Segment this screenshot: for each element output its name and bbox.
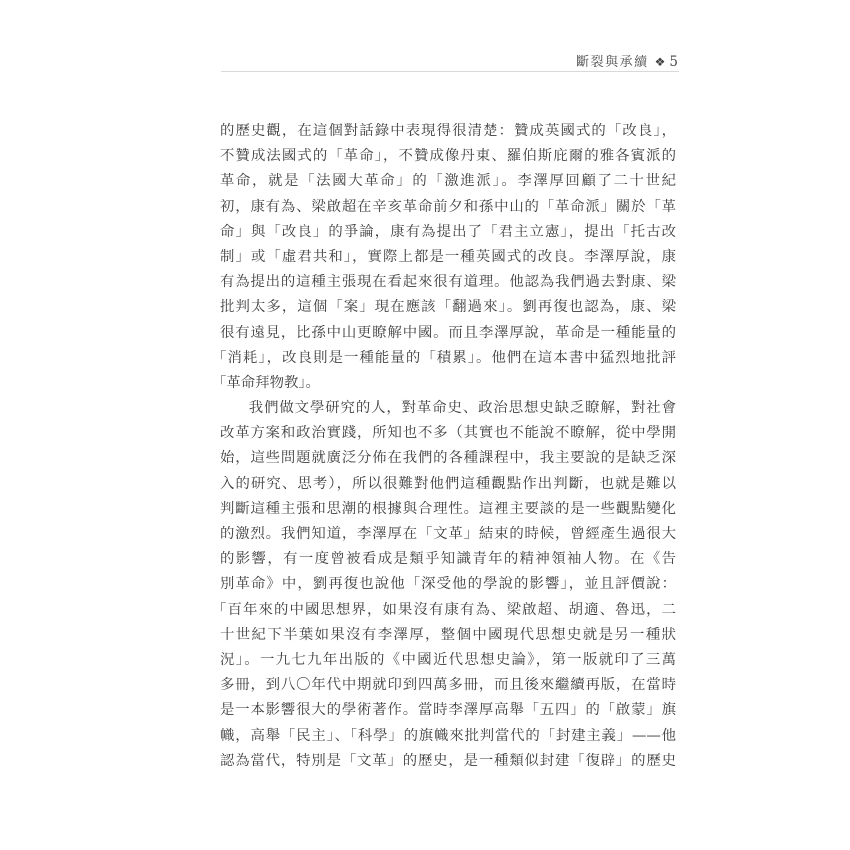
text-line: 的激烈。我們知道，李澤厚在「文革」結束的時候，曾經產生過很大 — [220, 522, 676, 547]
body-text: 的歷史觀，在這個對話錄中表現得很清楚：贊成英國式的「改良」，不贊成法國式的「革命… — [220, 119, 676, 774]
text-line: 的歷史觀，在這個對話錄中表現得很清楚：贊成英國式的「改良」， — [220, 119, 676, 144]
running-head: 斷裂與承續❖5 — [576, 51, 678, 70]
text-line: 入的研究、思考），所以很難對他們這種觀點作出判斷，也就是難以 — [220, 472, 676, 497]
text-line: 幟，高舉「民主」、「科學」的旗幟來批判當代的「封建主義」——他 — [220, 724, 676, 749]
text-line: 我們做文學研究的人，對革命史、政治思想史缺乏瞭解，對社會 — [220, 396, 676, 421]
text-line: 改革方案和政治實踐，所知也不多（其實也不能說不瞭解，從中學開 — [220, 421, 676, 446]
text-line: 判斷這種主張和思潮的根據與合理性。這裡主要談的是一些觀點變化 — [220, 497, 676, 522]
page-number: 5 — [669, 54, 678, 70]
text-line: 的影響，有一度曾被看成是類乎知識青年的精神領袖人物。在《告 — [220, 547, 676, 572]
text-line: 「消耗」，改良則是一種能量的「積累」。他們在這本書中猛烈地批評 — [212, 346, 676, 371]
text-line: 別革命》中，劉再復也說他「深受他的學說的影響」，並且評價說： — [220, 572, 676, 597]
text-line: 是一本影響很大的學術著作。當時李澤厚高舉「五四」的「啟蒙」旗 — [220, 698, 676, 723]
text-line: 不贊成法國式的「革命」，不贊成像丹東、羅伯斯庇爾的雅各賓派的 — [220, 144, 676, 169]
book-page: 斷裂與承續❖5 的歷史觀，在這個對話錄中表現得很清楚：贊成英國式的「改良」，不贊… — [0, 0, 850, 850]
text-line: 制」或「虛君共和」，實際上都是一種英國式的改良。李澤厚說，康 — [220, 245, 676, 270]
text-line: 革命，就是「法國大革命」的「激進派」。李澤厚回顧了二十世紀 — [220, 169, 676, 194]
text-line: 認為當代，特別是「文革」的歷史，是一種類似封建「復辟」的歷史 — [220, 749, 676, 774]
text-line: 始，這些問題就廣泛分佈在我們的各種課程中，我主要說的是缺乏深 — [220, 446, 676, 471]
text-line: 初，康有為、梁啟超在辛亥革命前夕和孫中山的「革命派」關於「革 — [220, 195, 676, 220]
text-line: 十世紀下半葉如果沒有李澤厚，整個中國現代思想史就是另一種狀 — [220, 623, 676, 648]
diamond-ornament-icon: ❖ — [655, 55, 666, 69]
text-line: 有為提出的這種主張現在看起來很有道理。他認為我們過去對康、梁 — [220, 270, 676, 295]
text-line: 很有遠見，比孫中山更瞭解中國。而且李澤厚說，革命是一種能量的 — [220, 321, 676, 346]
chapter-title: 斷裂與承續 — [576, 55, 649, 70]
text-line: 況」。一九七九年出版的《中國近代思想史論》，第一版就印了三萬 — [220, 648, 676, 673]
text-line: 命」與「改良」的爭論，康有為提出了「君主立憲」，提出「托古改 — [220, 220, 676, 245]
text-line: 「革命拜物教」。 — [212, 371, 676, 396]
text-line: 「百年來的中國思想界，如果沒有康有為、梁啟超、胡適、魯迅，二 — [212, 598, 676, 623]
text-line: 多冊，到八〇年代中期就印到四萬多冊，而且後來繼續再版，在當時 — [220, 673, 676, 698]
text-line: 批判太多，這個「案」現在應該「翻過來」。劉再復也認為，康、梁 — [220, 295, 676, 320]
header-divider — [221, 71, 679, 72]
